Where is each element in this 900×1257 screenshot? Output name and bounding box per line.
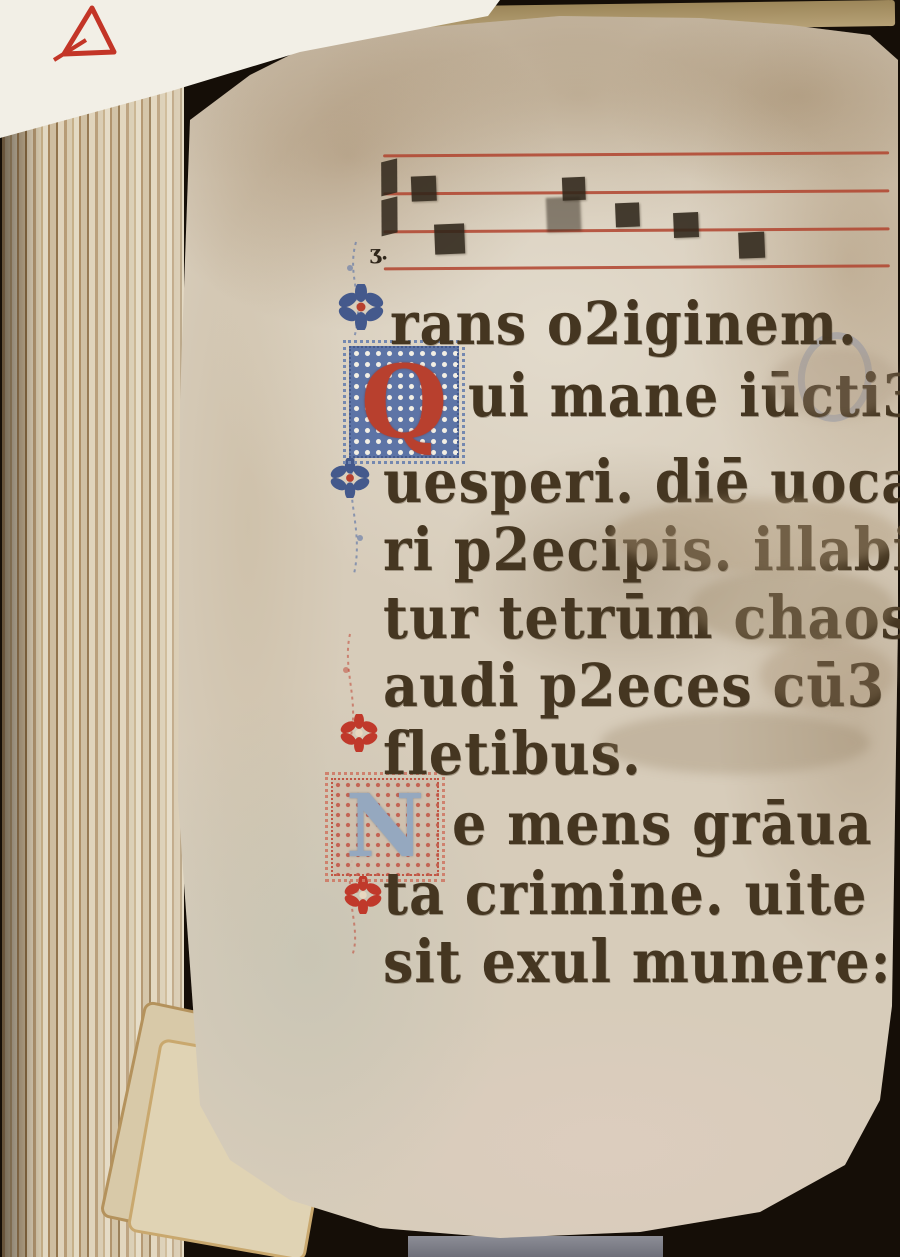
text-line: e mens grāua [452, 788, 873, 858]
text-line: rans o2iginem. [390, 288, 858, 358]
stain-overlay [770, 348, 900, 418]
rosette-flower-red-icon [344, 876, 382, 914]
stain-overlay [600, 712, 870, 774]
staff-line [383, 151, 889, 157]
neume-square [615, 202, 640, 227]
clef-mark [381, 158, 397, 196]
neume-square [673, 212, 699, 238]
stain-overlay [690, 568, 895, 646]
staff-line [383, 189, 889, 195]
staff-line [384, 264, 890, 270]
stain-overlay [610, 498, 900, 572]
delta-mark-icon [52, 2, 130, 66]
manuscript-photo: { "colors": { "staff": "#b0432e", "neume… [0, 0, 900, 1257]
neume-square [738, 232, 765, 259]
illuminated-initial-q: Q [349, 346, 459, 458]
stain-overlay [760, 640, 895, 710]
neume-square [434, 223, 465, 254]
initial-letter: Q [360, 352, 447, 452]
rosette-flower-red-icon [340, 714, 378, 752]
text-line: ta crimine. uite [383, 858, 868, 928]
neume-square [546, 197, 581, 232]
text-line: sit exul munere: [383, 926, 892, 996]
neume-square [411, 176, 437, 202]
rosette-flower-blue-icon [330, 458, 370, 498]
rosette-flower-blue-icon [338, 284, 384, 330]
clef-mark [381, 196, 397, 236]
text-line: fletibus. [383, 718, 642, 788]
